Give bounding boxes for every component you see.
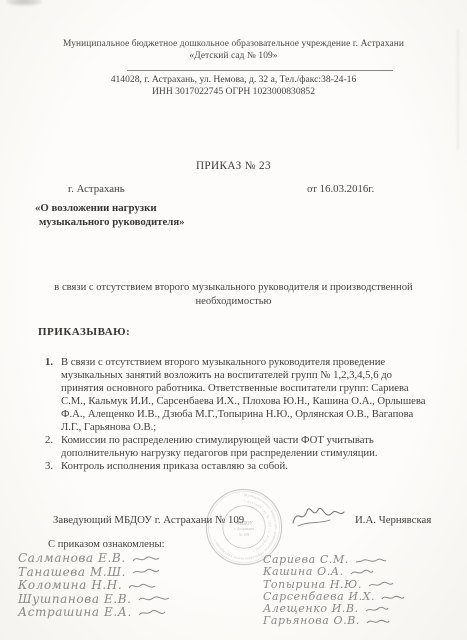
acknowledgement-signatures-right: Сариева С.М. Кашина О.А. Топырина Н.Ю. С… bbox=[263, 554, 406, 628]
order-title: ПРИКАЗ № 23 bbox=[0, 160, 467, 172]
item-number: 3. bbox=[45, 460, 59, 473]
item-text: Контроль исполнения приказа оставляю за … bbox=[61, 460, 435, 473]
item-number: 1. bbox=[45, 356, 59, 369]
org-name-line1: Муниципальное бюджетное дошкольное образ… bbox=[0, 39, 467, 49]
signature-line: Салманова Е.В. bbox=[18, 552, 171, 566]
scan-smudge-artifact bbox=[6, 0, 42, 6]
signature-line: Астрашина Е.А. bbox=[18, 606, 171, 620]
directive-heading: ПРИКАЗЫВАЮ: bbox=[38, 326, 130, 338]
signer-name: Гарьянова О.В. bbox=[263, 615, 360, 627]
acknowledgement-signatures-left: Салманова Е.В. Танашева М.Ш. Коломина Н.… bbox=[18, 552, 171, 620]
signature-line: Коломина Н.Н. bbox=[18, 579, 171, 593]
directive-item-3: 3. Контроль исполнения приказа оставляю … bbox=[45, 460, 435, 473]
director-name: И.А. Чернявская bbox=[355, 514, 431, 526]
signature-line: Гарьянова О.В. bbox=[263, 615, 406, 627]
signer-name: Кашина О.А. bbox=[263, 566, 344, 578]
director-title: Заведующий МБДОУ г. Астрахани № 109 bbox=[53, 514, 244, 526]
item-number: 2. bbox=[45, 434, 59, 447]
signer-name: Астрашина Е.А. bbox=[18, 606, 132, 620]
directive-items-list: 1. В связи с отсутствием второго музыкал… bbox=[45, 356, 435, 473]
signature-line: Шушпанова Е.В. bbox=[18, 593, 171, 607]
signature-line: Кашина О.А. bbox=[263, 566, 406, 578]
order-date: от 16.03.2016г. bbox=[307, 183, 374, 195]
signer-name: Шушпанова Е.В. bbox=[18, 593, 132, 607]
org-name-line2: «Детский сад № 109» bbox=[0, 51, 467, 61]
order-preamble-line2: необходимостью bbox=[0, 295, 467, 310]
order-preamble-line1: в связи с отсутствием второго музыкально… bbox=[0, 281, 467, 296]
item-text: В связи с отсутствием второго музыкально… bbox=[61, 356, 435, 434]
org-registration-numbers: ИНН 3017022745 ОГРН 1023000830852 bbox=[0, 86, 467, 97]
acknowledged-label: С приказом ознакомлены: bbox=[48, 539, 165, 550]
order-city: г. Астрахань bbox=[68, 183, 125, 195]
signer-name: Коломина Н.Н. bbox=[18, 579, 122, 593]
order-subject-line2: музыкального руководителя» bbox=[39, 215, 185, 229]
scanned-order-document: Муниципальное бюджетное дошкольное образ… bbox=[0, 0, 467, 640]
directive-item-2: 2. Комиссии по распределению стимулирующ… bbox=[45, 434, 435, 460]
stamp-center-line2: г. Астрахани bbox=[234, 527, 254, 531]
signature-line: Танашева М.Ш. bbox=[18, 566, 171, 580]
org-address: 414028, г. Астрахань, ул. Немова, д. 32 … bbox=[0, 74, 467, 85]
stamp-center-line3: № 109 bbox=[239, 533, 249, 537]
signer-name: Салманова Е.В. bbox=[18, 552, 126, 566]
letterhead-divider bbox=[127, 70, 393, 71]
director-signature-scribble bbox=[290, 501, 346, 534]
order-subject-line1: «О возложении нагрузки bbox=[35, 201, 157, 215]
directive-item-1: 1. В связи с отсутствием второго музыкал… bbox=[45, 356, 435, 434]
signer-name: Танашева М.Ш. bbox=[18, 566, 126, 580]
item-text: Комиссии по распределению стимулирующей … bbox=[61, 434, 435, 460]
